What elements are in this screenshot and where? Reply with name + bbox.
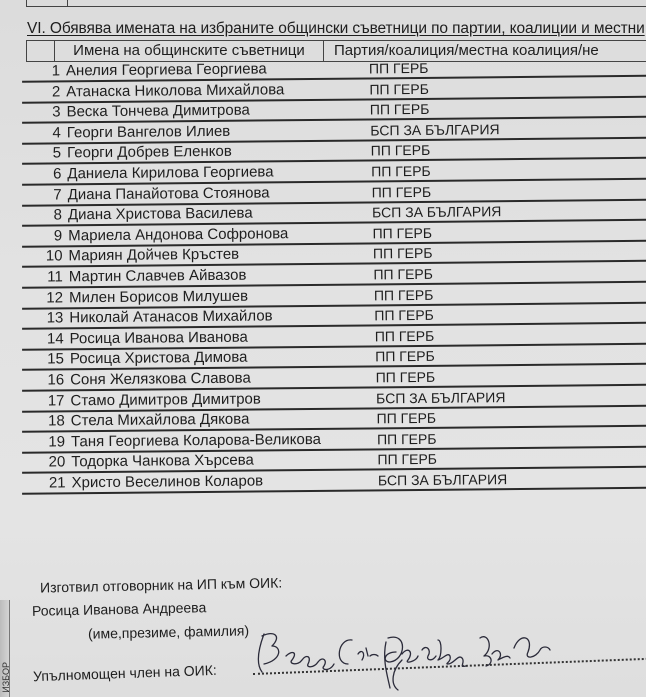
party-name: ПП ГЕРБ [377,449,437,470]
party-name: ПП ГЕРБ [370,99,430,120]
row-number: 2 [34,82,60,102]
party-name: ПП ГЕРБ [371,140,431,161]
row-number: 4 [35,123,61,143]
previous-table-divider [67,0,68,6]
row-number: 11 [37,267,63,287]
councillor-name: Мартин Славчев Айвазов [69,266,247,288]
party-name: ПП ГЕРБ [376,408,436,429]
councillor-name: Диана Панайотова Стоянова [68,183,270,205]
party-name: ПП ГЕРБ [369,78,429,99]
prepared-by-label: Изготвил отговорник на ИП към ОИК: [40,574,282,595]
row-number: 9 [36,226,62,246]
councillor-name: Георги Вангелов Илиев [67,122,231,144]
party-name: ПП ГЕРБ [372,181,432,202]
party-name: ПП ГЕРБ [377,429,437,450]
row-number: 19 [39,432,65,452]
row-number: 18 [39,412,65,432]
party-name: БСП ЗА БЪЛГАРИЯ [372,201,501,222]
row-number: 7 [36,185,62,205]
councillor-name: Стамо Димитров Димитров [70,389,261,411]
section-title: VI. Обявява имената на избраните общинск… [27,20,645,38]
scanned-document-page: VI. Обявява имената на избраните общинск… [0,0,646,697]
row-number: 12 [37,288,63,308]
row-number: 1 [34,61,60,81]
row-number: 6 [35,164,61,184]
binding-edge: ИЗБОР [0,600,10,697]
prepared-by-name: Росица Иванова Андреева [32,599,207,619]
row-number: 3 [34,103,60,123]
councillor-name: Росица Иванова Иванова [70,327,248,349]
councillor-name: Милен Борисов Милушев [69,286,248,308]
authorized-member-label: Упълномощен член на ОИК: [33,662,217,684]
party-name: ПП ГЕРБ [373,264,433,285]
party-name: ПП ГЕРБ [376,367,436,388]
party-name: БСП ЗА БЪЛГАРИЯ [370,119,499,140]
previous-table-fragment [26,0,646,7]
handwritten-signature [252,620,612,697]
party-name: ПП ГЕРБ [375,326,435,347]
row-number: 15 [38,350,64,370]
document-footer: Изготвил отговорник на ИП към ОИК: Росиц… [0,560,646,697]
party-name: БСП ЗА БЪЛГАРИЯ [376,387,505,408]
header-name: Имена на общинските съветници [55,41,324,61]
party-name: ПП ГЕРБ [372,223,432,244]
councillor-name: Атанаска Николова Михайлова [66,80,284,102]
party-name: ПП ГЕРБ [374,305,434,326]
party-name: ПП ГЕРБ [369,58,429,79]
binding-mark: ИЗБОР [1,662,11,693]
row-number: 13 [37,309,63,329]
row-number: 10 [36,247,62,267]
row-number: 21 [39,473,65,493]
row-number: 5 [35,144,61,164]
party-name: БСП ЗА БЪЛГАРИЯ [378,469,507,490]
row-number: 17 [38,391,64,411]
row-number: 8 [36,206,62,226]
row-number: 20 [39,453,65,473]
row-number: 16 [38,370,64,390]
row-number: 14 [38,329,64,349]
party-name: ПП ГЕРБ [375,346,435,367]
header-number [27,41,55,61]
party-name: ПП ГЕРБ [373,243,433,264]
party-name: ПП ГЕРБ [371,161,431,182]
party-name: ПП ГЕРБ [374,284,434,305]
name-format-hint: (име,презиме, фамилия) [88,622,249,641]
